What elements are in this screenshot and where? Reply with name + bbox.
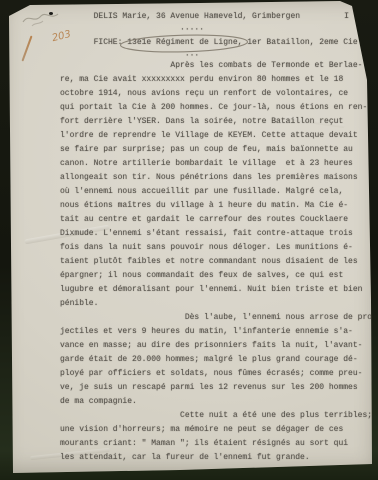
typewritten-line: vance en masse; au dire des prisonniers … bbox=[60, 339, 377, 353]
scanned-document-page: { "colors": { "background": "#171a10", "… bbox=[0, 0, 378, 480]
pencil-circle-annotation bbox=[119, 32, 249, 54]
pencil-slash-mark bbox=[21, 35, 32, 61]
typewritten-line: tait au centre et gardait le carrefour d… bbox=[60, 213, 377, 227]
paper-sheet: 203 I DELIS Marie, 36 Avenue Hameveld, G… bbox=[0, 0, 378, 480]
typewritten-line: taient plutôt faibles et notre commandan… bbox=[60, 255, 377, 269]
document-body-text: Après les combats de Termonde et Berlae-… bbox=[60, 59, 377, 465]
typewritten-line: les attendait, car la fureur de l'ennemi… bbox=[60, 451, 377, 465]
typewritten-line: Dixmude. L'ennemi s'étant ressaisi, fait… bbox=[60, 227, 377, 241]
typewritten-line: fois dans la nuit sans pouvoir nous délo… bbox=[60, 241, 377, 255]
typewritten-line: fort derrière l'YSER. Dans la soirée, no… bbox=[60, 115, 377, 129]
typewritten-line: une vision d'horreurs; ma mémoire ne peu… bbox=[60, 423, 377, 437]
typewritten-line: re, ma Cie avait xxxxxxxxx perdu environ… bbox=[60, 73, 377, 87]
typewritten-line: épargner; il nous commandait des feux de… bbox=[60, 269, 377, 283]
typewritten-line: lugubre et démoralisant pour l'ennemi. N… bbox=[60, 283, 377, 297]
typewritten-line: jectiles et vers 9 heures du matin, l'in… bbox=[60, 325, 377, 339]
typewritten-line: DELIS Marie, 36 Avenue Hameveld, Grimber… bbox=[60, 10, 358, 23]
ink-dot bbox=[49, 12, 53, 15]
typewritten-line: l'ordre de reprendre le Village de KEYEM… bbox=[60, 129, 377, 143]
pencil-scribble-mark bbox=[20, 9, 62, 29]
typewritten-line: allongeait son tir. Nous pénétrions dans… bbox=[60, 171, 377, 185]
typewritten-line: garde était de 20.000 hommes; malgré le … bbox=[60, 353, 377, 367]
typewritten-line: de ma compagnie. bbox=[60, 395, 377, 409]
typewritten-line: pénible. bbox=[60, 297, 377, 311]
typewritten-line: Dès l'aube, l'ennemi nous arrose de pro- bbox=[60, 311, 377, 325]
typewritten-line: canon. Notre artillerie bombardait le vi… bbox=[60, 157, 377, 171]
typewritten-line: Après les combats de Termonde et Berlae- bbox=[60, 59, 377, 73]
typewritten-line: se faire par surprise; pas un coup de fe… bbox=[60, 143, 377, 157]
typewritten-line: qui portait la Cie à 200 hommes. Ce jour… bbox=[60, 101, 377, 115]
typewritten-line: ployé par officiers et soldats, nous fûm… bbox=[60, 367, 377, 381]
typewritten-line: octobre 1914, nous avions reçu un renfor… bbox=[60, 87, 377, 101]
typewritten-line: Cette nuit a été une des plus terribles; bbox=[60, 409, 377, 423]
typewritten-line: où l'ennemi nous accueillit par une fusi… bbox=[60, 185, 377, 199]
typewritten-line: mourants criant: " Maman "; ils étaient … bbox=[60, 437, 377, 451]
typewritten-line: ve, je suis un rescapé parmi les 12 reve… bbox=[60, 381, 377, 395]
typewritten-line: nous étions maîtres du village à 1 heure… bbox=[60, 199, 377, 213]
